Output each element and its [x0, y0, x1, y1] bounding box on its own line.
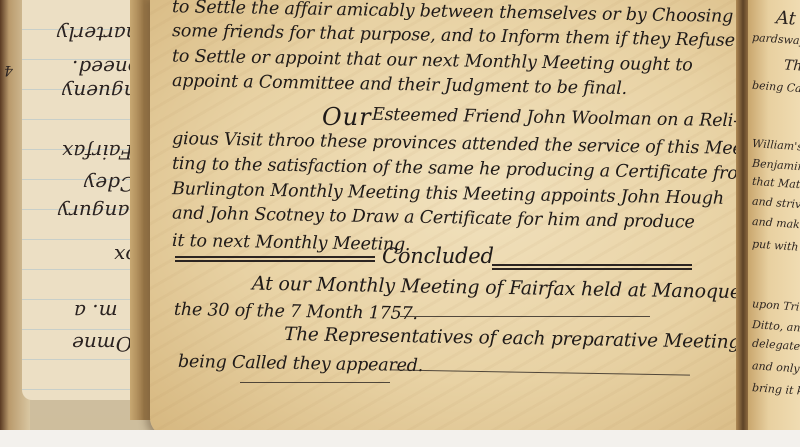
- upside-down-text: ngueny: [62, 80, 137, 104]
- manuscript-line: At: [775, 7, 796, 29]
- manuscript-line: being Called they appeared.: [178, 352, 423, 376]
- margin-mark: 4: [4, 62, 13, 78]
- manuscript-line: upon Tringles: [752, 297, 800, 315]
- upside-down-text: m. a: [74, 300, 118, 324]
- manuscript-line: put with this.: [752, 237, 800, 255]
- divider-rule-right: [492, 268, 692, 270]
- manuscript-line: it to next Monthly Meeting.: [172, 231, 411, 255]
- manuscript-line: being Call'd they: [752, 79, 800, 99]
- upside-down-text: Cdey: [84, 172, 135, 196]
- manuscript-line: Benjamin Comm: [752, 157, 800, 176]
- manuscript-line: Th: [783, 57, 800, 74]
- table-surface: [0, 430, 800, 447]
- upside-down-text: Fairfax: [62, 140, 133, 164]
- divider-rule-left: [175, 256, 375, 258]
- manuscript-line: bring it known: [752, 381, 800, 400]
- right-facing-page: At pardsway of the Th being Call'd they …: [748, 0, 800, 447]
- manuscript-line: delegate them to: [752, 337, 800, 357]
- manuscript-line: the 30 of the 7 Month 1757.: [174, 300, 418, 324]
- upside-down-text: Omne: [72, 332, 132, 356]
- divider-rule-left: [175, 260, 375, 262]
- divider-rule-right: [492, 264, 692, 266]
- manuscript-line: and only acted: [752, 359, 800, 378]
- concluded-heading: Concluded: [382, 244, 494, 268]
- line-filler-rule: [400, 316, 650, 317]
- paragraph-lead-word: Our: [322, 103, 372, 131]
- manuscript-line: and strive Engag: [752, 195, 800, 215]
- upside-down-text: angury: [58, 200, 129, 224]
- manuscript-photo: Enarterly roneed. ngueny Fairfax Cdey an…: [0, 0, 800, 447]
- manuscript-line: pardsway of the: [752, 31, 800, 50]
- manuscript-line: and make the m: [752, 215, 800, 234]
- manuscript-line: that Matthews F: [752, 175, 800, 194]
- line-filler-rule: [240, 382, 390, 383]
- manuscript-line: Ditto, and: [752, 318, 800, 335]
- lined-back-page: Enarterly roneed. ngueny Fairfax Cdey an…: [22, 0, 142, 400]
- manuscript-line: William's affirm: [752, 137, 800, 156]
